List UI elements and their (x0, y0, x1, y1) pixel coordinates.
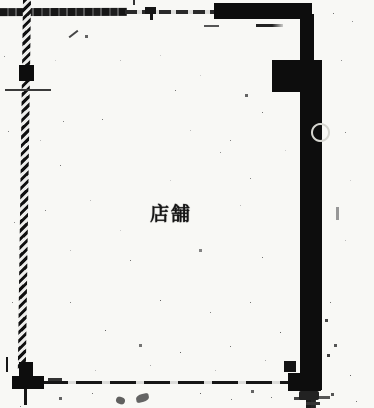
bottom-margin-smudge-b (135, 393, 149, 404)
bottom-wall-dashed (42, 381, 292, 384)
bottom-margin-smudge-a (115, 396, 126, 406)
scan-noise-light (0, 0, 1, 1)
bottom-left-edge-tick (6, 357, 8, 372)
right-wall-upper-segment (300, 14, 314, 66)
bottom-left-column-stub-up (19, 362, 33, 377)
left-wall-column (19, 65, 34, 81)
faint-dash-mark (204, 25, 219, 27)
floor-plan: 店舗 (0, 0, 374, 408)
top-wall-middle-segment (125, 10, 217, 14)
bottom-right-ink-blob (299, 391, 319, 400)
circle-mark-icon (311, 123, 330, 142)
room-label: 店舗 (150, 199, 192, 226)
top-wall-tick-stub (150, 13, 153, 20)
top-wall-right-segment (214, 3, 312, 19)
bottom-left-column-stub-down (24, 389, 27, 405)
top-wall-left-segment (0, 8, 127, 16)
wall-shadow-dash (256, 24, 283, 27)
bottom-left-column (12, 376, 44, 389)
left-dimension-tick (5, 89, 51, 91)
bottom-right-small-square (284, 361, 296, 372)
top-edge-tick (133, 0, 135, 5)
left-wall-hatched (18, 0, 31, 369)
right-margin-smudge (336, 207, 339, 220)
bottom-wall-dash-mark (48, 378, 62, 381)
pen-stroke-mark (69, 30, 79, 38)
bottom-right-column (288, 373, 321, 391)
